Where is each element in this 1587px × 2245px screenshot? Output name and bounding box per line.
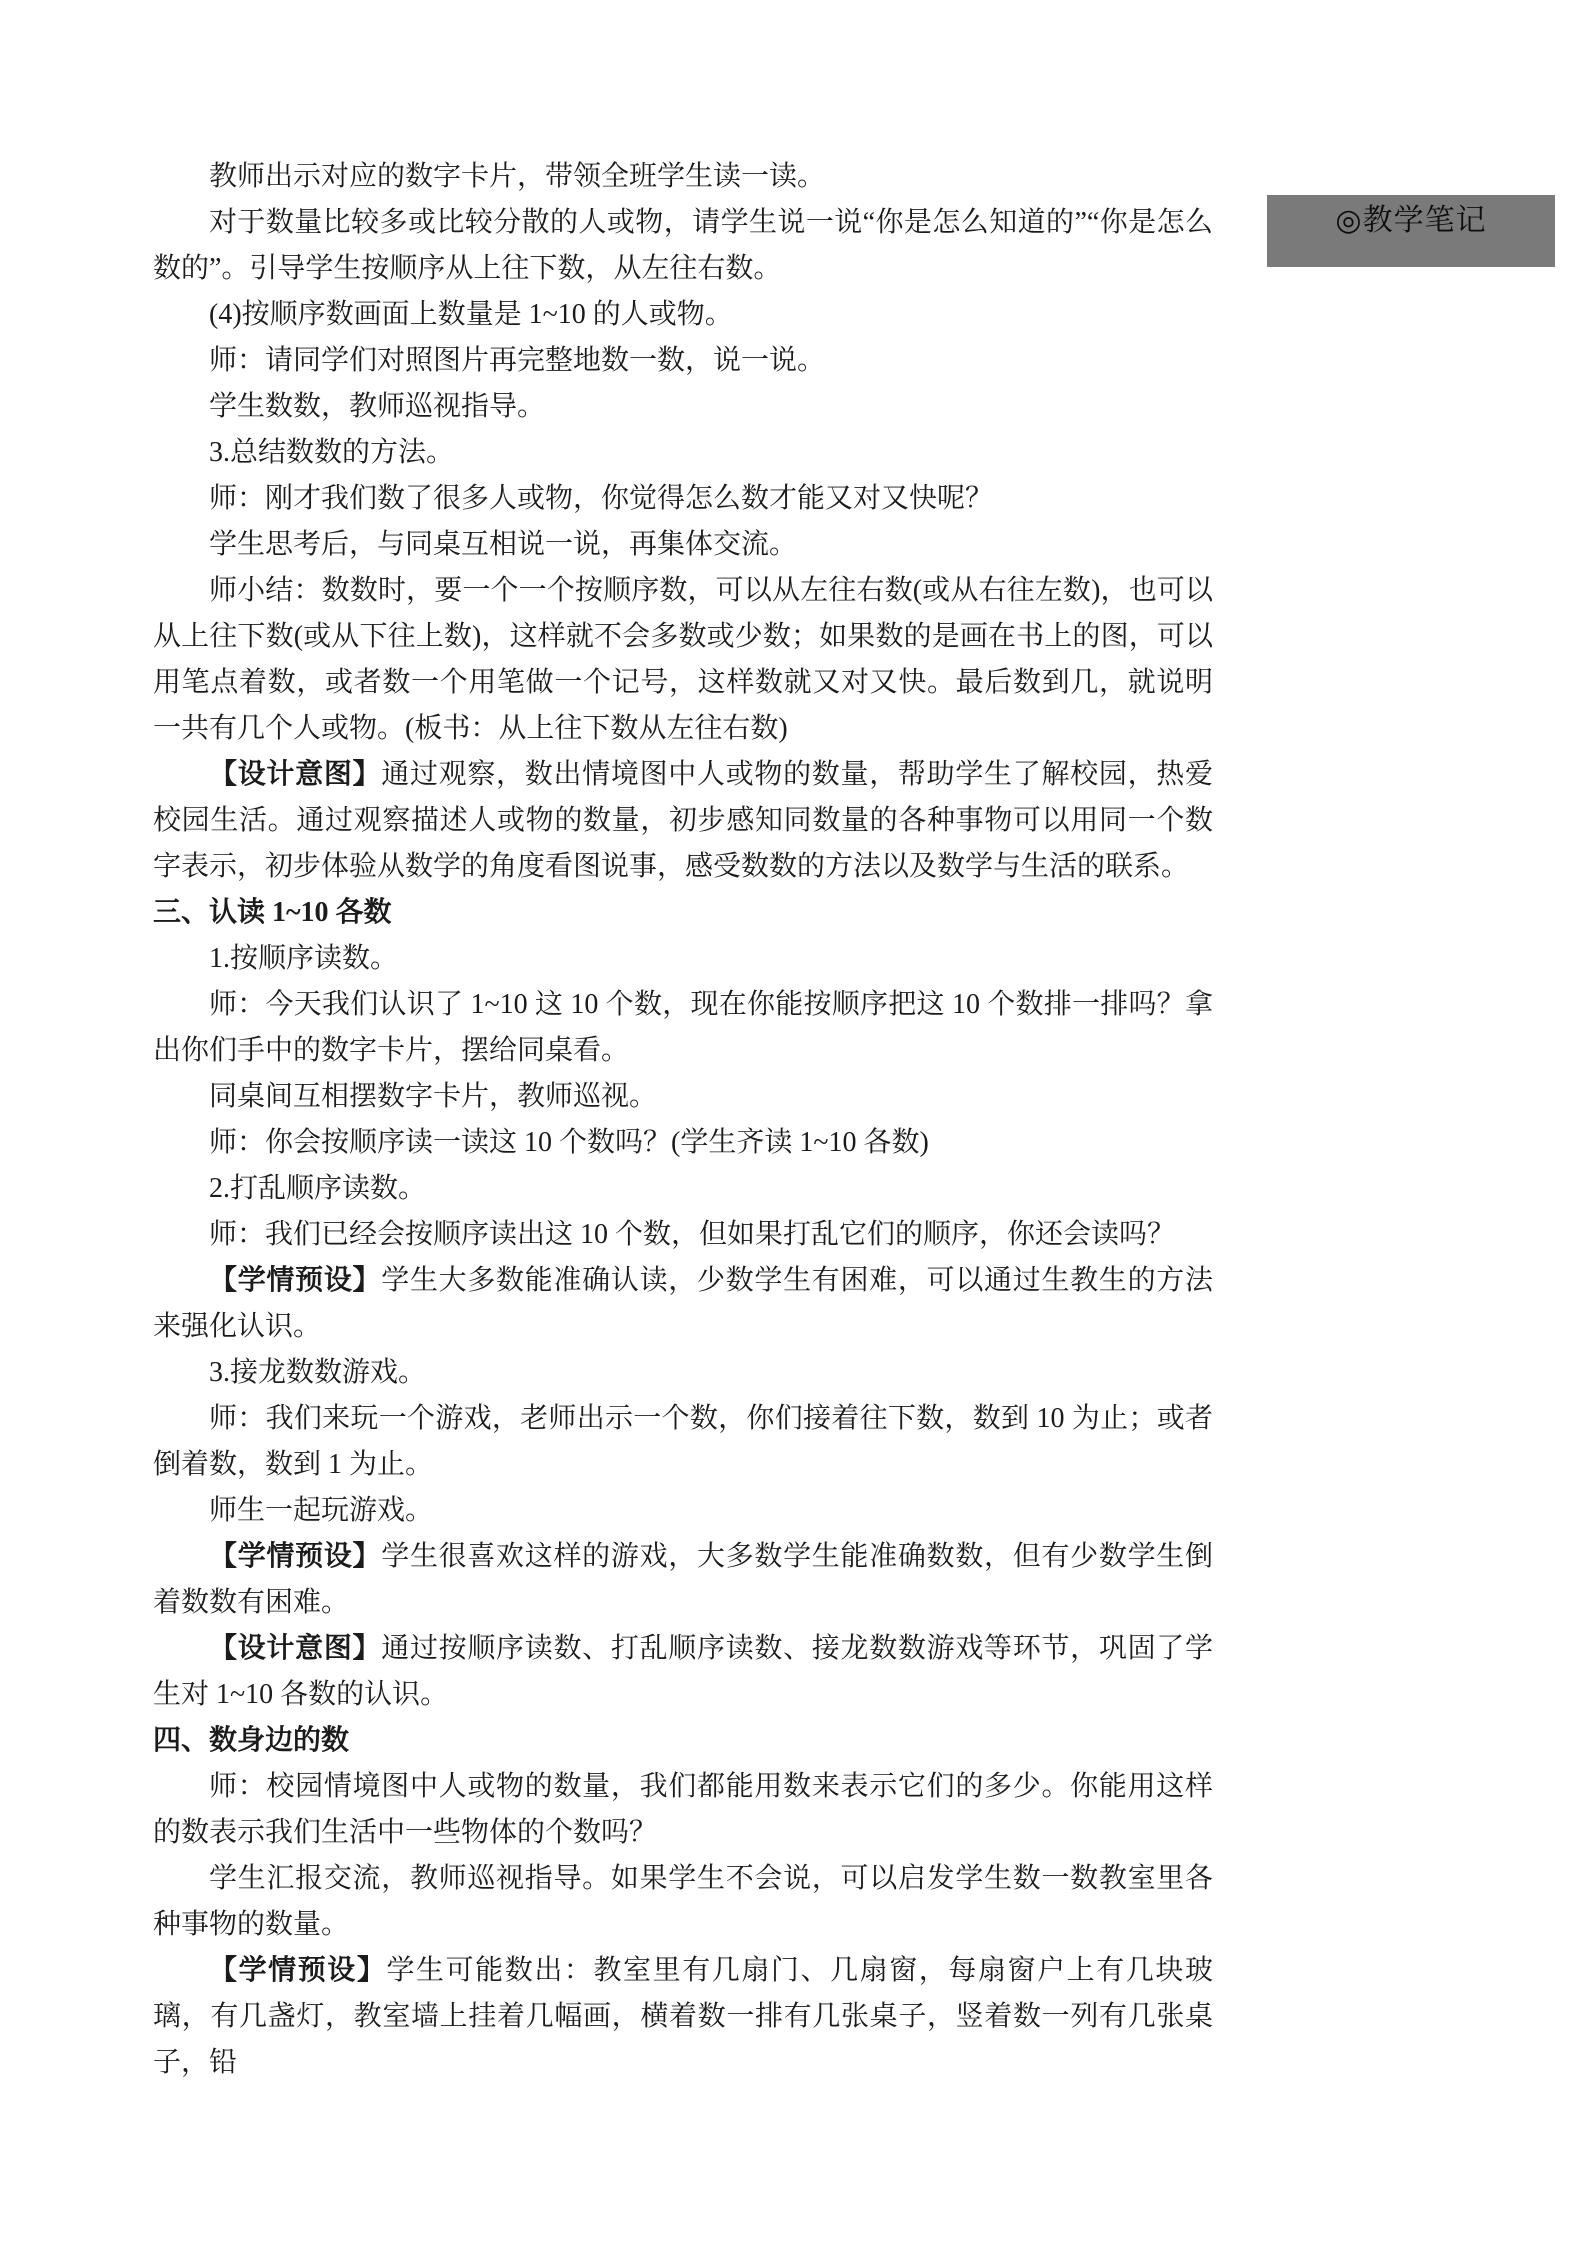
paragraph: 2.打乱顺序读数。 [153, 1166, 1213, 1212]
paragraph: 师：今天我们认识了 1~10 这 10 个数，现在你能按顺序把这 10 个数排一… [153, 982, 1213, 1074]
bold-marker: 【设计意图】 [209, 759, 381, 790]
paragraph: 同桌间互相摆数字卡片，教师巡视。 [153, 1074, 1213, 1120]
bold-marker: 【学情预设】 [209, 1265, 381, 1296]
paragraph: 【学情预设】学生很喜欢这样的游戏，大多数学生能准确数数，但有少数学生倒着数数有困… [153, 1534, 1213, 1626]
paragraph: 【学情预设】学生可能数出：教室里有几扇门、几扇窗，每扇窗户上有几块玻璃，有几盏灯… [153, 1948, 1213, 2086]
paragraph: 对于数量比较多或比较分散的人或物，请学生说一说“你是怎么知道的”“你是怎么数的”… [153, 200, 1213, 292]
paragraph: 师生一起玩游戏。 [153, 1488, 1213, 1534]
paragraph: 师：你会按顺序读一读这 10 个数吗？(学生齐读 1~10 各数) [153, 1120, 1213, 1166]
lesson-plan-content: 教师出示对应的数字卡片，带领全班学生读一读。对于数量比较多或比较分散的人或物，请… [153, 154, 1213, 2086]
paragraph: 师：刚才我们数了很多人或物，你觉得怎么数才能又对又快呢？ [153, 476, 1213, 522]
bold-marker: 【学情预设】 [209, 1541, 381, 1572]
paragraph: 师：我们已经会按顺序读出这 10 个数，但如果打乱它们的顺序，你还会读吗？ [153, 1212, 1213, 1258]
paragraph: 学生思考后，与同桌互相说一说，再集体交流。 [153, 522, 1213, 568]
paragraph: 师小结：数数时，要一个一个按顺序数，可以从左往右数(或从右往左数)，也可以从上往… [153, 568, 1213, 752]
paragraph: 【设计意图】通过按顺序读数、打乱顺序读数、接龙数数游戏等环节，巩固了学生对 1~… [153, 1626, 1213, 1718]
paragraph: 师：请同学们对照图片再完整地数一数，说一说。 [153, 338, 1213, 384]
bold-marker: 【设计意图】 [209, 1633, 381, 1664]
teaching-notes-tab: ◎教学笔记 [1267, 195, 1555, 267]
paragraph: 【学情预设】学生大多数能准确认读，少数学生有困难，可以通过生教生的方法来强化认识… [153, 1258, 1213, 1350]
paragraph: 师：校园情境图中人或物的数量，我们都能用数来表示它们的多少。你能用这样的数表示我… [153, 1764, 1213, 1856]
paragraph: 3.接龙数数游戏。 [153, 1350, 1213, 1396]
paragraph: 【设计意图】通过观察，数出情境图中人或物的数量，帮助学生了解校园，热爱校园生活。… [153, 752, 1213, 890]
paragraph: (4)按顺序数画面上数量是 1~10 的人或物。 [153, 292, 1213, 338]
teaching-notes-label: ◎教学笔记 [1335, 206, 1486, 236]
section-heading: 四、数身边的数 [153, 1718, 1213, 1764]
paragraph: 师：我们来玩一个游戏，老师出示一个数，你们接着往下数，数到 10 为止；或者倒着… [153, 1396, 1213, 1488]
paragraph: 教师出示对应的数字卡片，带领全班学生读一读。 [153, 154, 1213, 200]
section-heading: 三、认读 1~10 各数 [153, 890, 1213, 936]
paragraph: 3.总结数数的方法。 [153, 430, 1213, 476]
paragraph: 学生数数，教师巡视指导。 [153, 384, 1213, 430]
bold-marker: 【学情预设】 [209, 1955, 386, 1986]
paragraph: 学生汇报交流，教师巡视指导。如果学生不会说，可以启发学生数一数教室里各种事物的数… [153, 1856, 1213, 1948]
document-page: ◎教学笔记 教师出示对应的数字卡片，带领全班学生读一读。对于数量比较多或比较分散… [0, 0, 1587, 2245]
paragraph: 1.按顺序读数。 [153, 936, 1213, 982]
